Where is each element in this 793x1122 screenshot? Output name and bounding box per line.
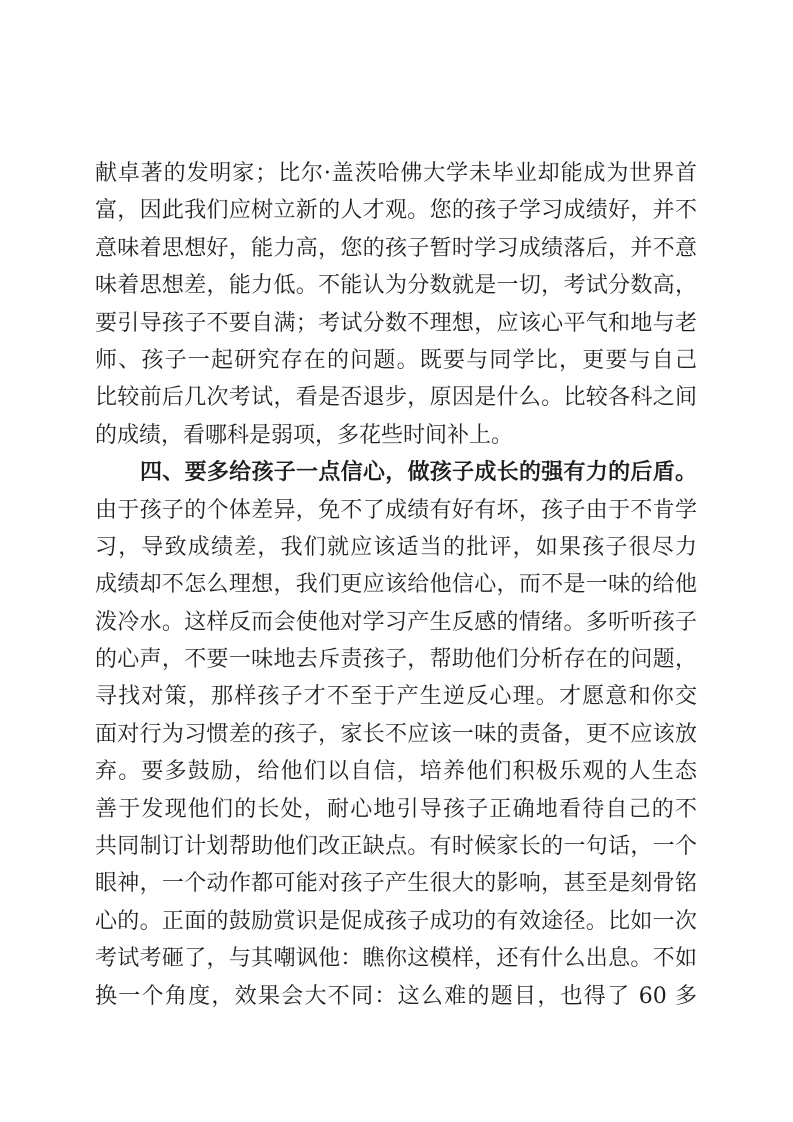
text-line: 的成绩，看哪科是弱项，多花些时间补上。 <box>95 417 697 454</box>
text-line: 共同制订计划帮助他们改正缺点。有时候家长的一句话，一个 <box>95 828 697 865</box>
text-line: 习，导致成绩差，我们就应该适当的批评，如果孩子很尽力了， <box>95 529 697 566</box>
text-line: 寻找对策，那样孩子才不至于产生逆反心理。才愿意和你交流。 <box>95 678 697 715</box>
document-text: 献卓著的发明家；比尔·盖茨哈佛大学未毕业却能成为世界首富，因此我们应树立新的人才… <box>95 155 697 1015</box>
text-line: 献卓著的发明家；比尔·盖茨哈佛大学未毕业却能成为世界首 <box>95 155 697 192</box>
text-line: 心的。正面的鼓励赏识是促成孩子成功的有效途径。比如一次 <box>95 903 697 940</box>
text-line: 富，因此我们应树立新的人才观。您的孩子学习成绩好，并不 <box>95 192 697 229</box>
text-line: 的心声，不要一味地去斥责孩子，帮助他们分析存在的问题， <box>95 641 697 678</box>
text-line: 由于孩子的个体差异，免不了成绩有好有坏，孩子由于不肯学 <box>95 492 697 529</box>
text-line: 善于发现他们的长处，耐心地引导孩子正确地看待自己的不足， <box>95 791 697 828</box>
text-line: 意味着思想好，能力高，您的孩子暂时学习成绩落后，并不意 <box>95 230 697 267</box>
section-heading-line: 四、要多给孩子一点信心，做孩子成长的强有力的后盾。 <box>95 454 697 491</box>
text-line: 面对行为习惯差的孩子，家长不应该一味的责备，更不应该放 <box>95 716 697 753</box>
text-line: 换一个角度，效果会大不同：这么难的题目，也得了 60 多分， <box>95 978 697 1015</box>
document-page: 献卓著的发明家；比尔·盖茨哈佛大学未毕业却能成为世界首富，因此我们应树立新的人才… <box>0 0 793 1122</box>
text-line: 味着思想差，能力低。不能认为分数就是一切，考试分数高， <box>95 267 697 304</box>
text-line: 考试考砸了，与其嘲讽他：瞧你这模样，还有什么出息。不如 <box>95 940 697 977</box>
text-line: 成绩却不怎么理想，我们更应该给他信心，而不是一味的给他 <box>95 566 697 603</box>
text-line: 泼冷水。这样反而会使他对学习产生反感的情绪。多听听孩子 <box>95 604 697 641</box>
text-line: 比较前后几次考试，看是否退步，原因是什么。比较各科之间 <box>95 379 697 416</box>
text-line: 师、孩子一起研究存在的问题。既要与同学比，更要与自己比， <box>95 342 697 379</box>
text-line: 弃。要多鼓励，给他们以自信，培养他们积极乐观的人生态度， <box>95 753 697 790</box>
text-line: 眼神，一个动作都可能对孩子产生很大的影响，甚至是刻骨铭 <box>95 865 697 902</box>
text-line: 要引导孩子不要自满；考试分数不理想，应该心平气和地与老 <box>95 305 697 342</box>
